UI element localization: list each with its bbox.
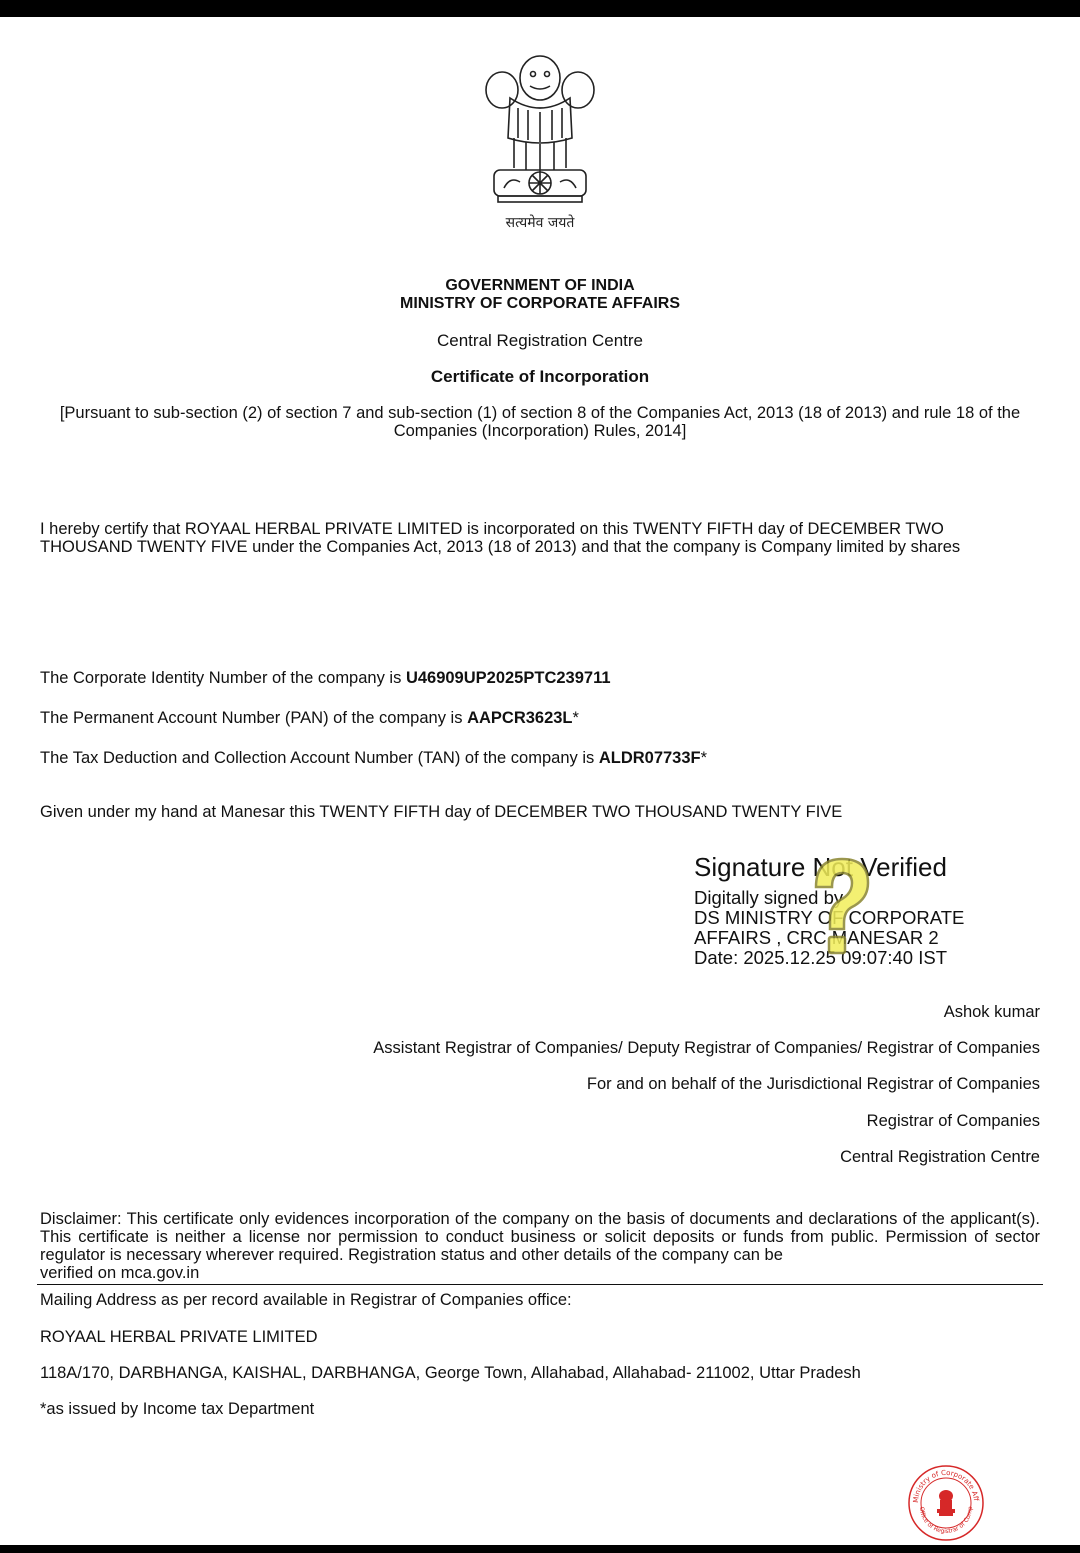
cin-line: The Corporate Identity Number of the com… — [40, 669, 611, 688]
registrar-on-behalf: For and on behalf of the Jurisdictional … — [587, 1075, 1040, 1094]
divider — [37, 1284, 1043, 1285]
national-emblem-icon — [480, 48, 600, 208]
pan-line: The Permanent Account Number (PAN) of th… — [40, 709, 579, 728]
cin-value: U46909UP2025PTC239711 — [406, 669, 611, 687]
given-under-hand: Given under my hand at Manesar this TWEN… — [40, 803, 842, 822]
cin-label: The Corporate Identity Number of the com… — [40, 669, 406, 687]
pan-asterisk: * — [573, 709, 579, 727]
centre-name: Central Registration Centre — [0, 331, 1080, 351]
registrar-name: Ashok kumar — [944, 1003, 1040, 1022]
mailing-address: 118A/170, DARBHANGA, KAISHAL, DARBHANGA,… — [40, 1364, 861, 1383]
certification-statement: I hereby certify that ROYAAL HERBAL PRIV… — [40, 520, 1040, 556]
government-title: GOVERNMENT OF INDIA — [0, 277, 1080, 295]
pan-value: AAPCR3623L — [467, 709, 572, 727]
ministry-title: MINISTRY OF CORPORATE AFFAIRS — [0, 295, 1080, 313]
pursuant-clause: [Pursuant to sub-section (2) of section … — [40, 404, 1040, 440]
mailing-address-label: Mailing Address as per record available … — [40, 1291, 572, 1310]
top-black-bar — [0, 0, 1080, 17]
disclaimer-text: Disclaimer: This certificate only eviden… — [40, 1210, 1040, 1264]
pan-label: The Permanent Account Number (PAN) of th… — [40, 709, 467, 727]
tan-line: The Tax Deduction and Collection Account… — [40, 749, 707, 768]
tan-label: The Tax Deduction and Collection Account… — [40, 749, 599, 767]
document-header: GOVERNMENT OF INDIA MINISTRY OF CORPORAT… — [0, 277, 1080, 313]
certificate-title: Certificate of Incorporation — [0, 367, 1080, 387]
mca-seal-icon: Ministry of Corporate Affairs Office of … — [906, 1463, 986, 1543]
disclaimer-verify-link[interactable]: verified on mca.gov.in — [40, 1264, 1040, 1282]
registrar-designation: Assistant Registrar of Companies/ Deputy… — [373, 1039, 1040, 1058]
tan-value: ALDR07733F — [599, 749, 701, 767]
disclaimer: Disclaimer: This certificate only eviden… — [40, 1210, 1040, 1282]
bottom-black-bar — [0, 1545, 1080, 1553]
registrar-centre: Central Registration Centre — [840, 1148, 1040, 1167]
emblem-motto: सत्यमेव जयते — [440, 213, 640, 232]
mailing-company-name: ROYAAL HERBAL PRIVATE LIMITED — [40, 1328, 318, 1347]
footnote: *as issued by Income tax Department — [40, 1400, 314, 1419]
registrar-office: Registrar of Companies — [867, 1112, 1040, 1131]
tan-asterisk: * — [701, 749, 707, 767]
question-mark-icon — [806, 853, 876, 963]
